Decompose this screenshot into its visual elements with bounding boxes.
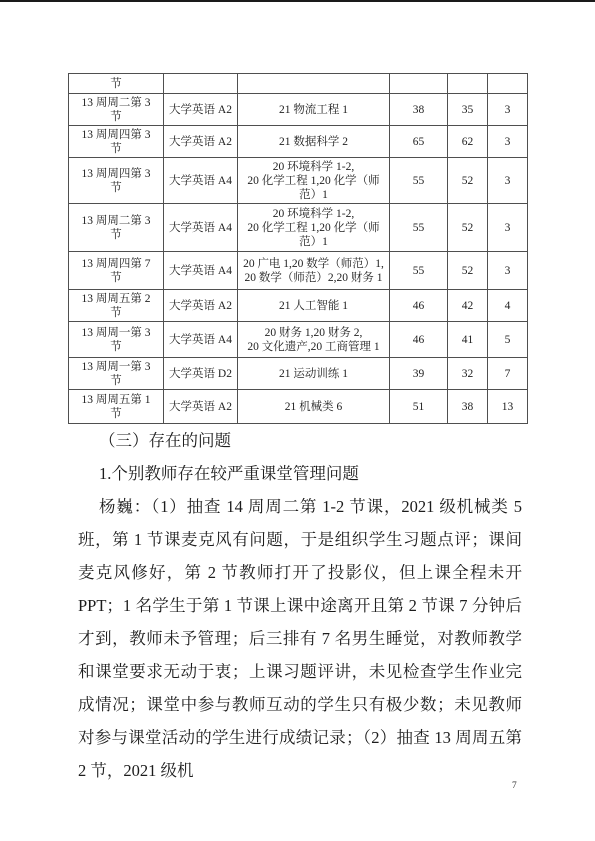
table-cell: 大学英语 A2 (164, 290, 238, 322)
table-cell: 3 (488, 94, 528, 126)
table-cell: 38 (390, 94, 448, 126)
table-cell (238, 74, 390, 94)
table-cell: 21 物流工程 1 (238, 94, 390, 126)
table-cell: 13 周周四第 3 节 (69, 158, 164, 204)
table-cell: 38 (448, 390, 488, 424)
table-cell: 大学英语 A4 (164, 158, 238, 204)
table-cell: 52 (448, 252, 488, 290)
table-cell: 55 (390, 252, 448, 290)
table-cell: 46 (390, 322, 448, 358)
table-cell: 62 (448, 126, 488, 158)
table-cell: 46 (390, 290, 448, 322)
table-row: 13 周周一第 3 节 大学英语 D2 21 运动训练 1 39 32 7 (69, 358, 528, 390)
page-number: 7 (512, 781, 517, 791)
table-row: 13 周周一第 3 节 大学英语 A4 20 财务 1,20 财务 2, 20 … (69, 322, 528, 358)
table-cell: 20 环境科学 1-2, 20 化学工程 1,20 化学（师 范）1 (238, 158, 390, 204)
table-row: 13 周周二第 3 节 大学英语 A4 20 环境科学 1-2, 20 化学工程… (69, 204, 528, 252)
table-row: 13 周周五第 2 节 大学英语 A2 21 人工智能 1 46 42 4 (69, 290, 528, 322)
table-cell (164, 74, 238, 94)
table-cell: 7 (488, 358, 528, 390)
table-cell: 大学英语 A2 (164, 390, 238, 424)
table-cell: 39 (390, 358, 448, 390)
table-row-continuation: 节 (69, 74, 528, 94)
table-cell: 大学英语 D2 (164, 358, 238, 390)
table-cell: 大学英语 A4 (164, 252, 238, 290)
table-cell: 52 (448, 158, 488, 204)
table-cell: 节 (69, 74, 164, 94)
subsection-heading: 1.个别教师存在较严重课堂管理问题 (78, 457, 522, 490)
table-cell: 3 (488, 252, 528, 290)
table-row: 13 周周五第 1 节 大学英语 A2 21 机械类 6 51 38 13 (69, 390, 528, 424)
table-cell: 13 周周二第 3 节 (69, 204, 164, 252)
table-cell: 55 (390, 204, 448, 252)
table-cell: 21 运动训练 1 (238, 358, 390, 390)
table-cell (448, 74, 488, 94)
document-page: 节 13 周周二第 3 节 大学英语 A2 21 物流工程 1 38 35 3 … (0, 0, 595, 841)
table-cell: 13 周周一第 3 节 (69, 358, 164, 390)
table-cell: 21 人工智能 1 (238, 290, 390, 322)
table-cell: 42 (448, 290, 488, 322)
screen-edge-strip (0, 0, 595, 2)
table-cell: 20 广电 1,20 数学（师范）1, 20 数学（师范）2,20 财务 1 (238, 252, 390, 290)
course-inspection-table: 节 13 周周二第 3 节 大学英语 A2 21 物流工程 1 38 35 3 … (68, 73, 528, 424)
table-cell: 13 周周四第 3 节 (69, 126, 164, 158)
table-cell: 大学英语 A4 (164, 322, 238, 358)
table-cell: 52 (448, 204, 488, 252)
table-cell: 3 (488, 204, 528, 252)
table-cell: 51 (390, 390, 448, 424)
table-cell: 21 机械类 6 (238, 390, 390, 424)
table-cell: 21 数据科学 2 (238, 126, 390, 158)
table-cell: 13 周周二第 3 节 (69, 94, 164, 126)
table-cell: 3 (488, 126, 528, 158)
body-text-block: （三）存在的问题 1.个别教师存在较严重课堂管理问题 杨巍：（1）抽查 14 周… (78, 424, 522, 787)
table-row: 13 周周四第 3 节 大学英语 A4 20 环境科学 1-2, 20 化学工程… (69, 158, 528, 204)
table-cell: 4 (488, 290, 528, 322)
table-cell: 13 周周一第 3 节 (69, 322, 164, 358)
table-row: 13 周周四第 7 节 大学英语 A4 20 广电 1,20 数学（师范）1, … (69, 252, 528, 290)
table-row: 13 周周二第 3 节 大学英语 A2 21 物流工程 1 38 35 3 (69, 94, 528, 126)
table-cell: 55 (390, 158, 448, 204)
table-cell: 13 周周五第 1 节 (69, 390, 164, 424)
table-row: 13 周周四第 3 节 大学英语 A2 21 数据科学 2 65 62 3 (69, 126, 528, 158)
table-cell: 13 周周四第 7 节 (69, 252, 164, 290)
table-cell: 大学英语 A2 (164, 94, 238, 126)
table-cell: 41 (448, 322, 488, 358)
table-cell: 32 (448, 358, 488, 390)
table-cell: 大学英语 A4 (164, 204, 238, 252)
table-cell (488, 74, 528, 94)
table-cell (390, 74, 448, 94)
inspection-paragraph: 杨巍：（1）抽查 14 周周二第 1-2 节课，2021 级机械类 5 班，第 … (78, 490, 522, 787)
table-cell: 13 周周五第 2 节 (69, 290, 164, 322)
table-cell: 13 (488, 390, 528, 424)
section-heading: （三）存在的问题 (78, 424, 522, 457)
table-cell: 3 (488, 158, 528, 204)
table-cell: 5 (488, 322, 528, 358)
table-cell: 65 (390, 126, 448, 158)
table-cell: 35 (448, 94, 488, 126)
table-cell: 20 财务 1,20 财务 2, 20 文化遗产,20 工商管理 1 (238, 322, 390, 358)
table-cell: 20 环境科学 1-2, 20 化学工程 1,20 化学（师 范）1 (238, 204, 390, 252)
table-cell: 大学英语 A2 (164, 126, 238, 158)
